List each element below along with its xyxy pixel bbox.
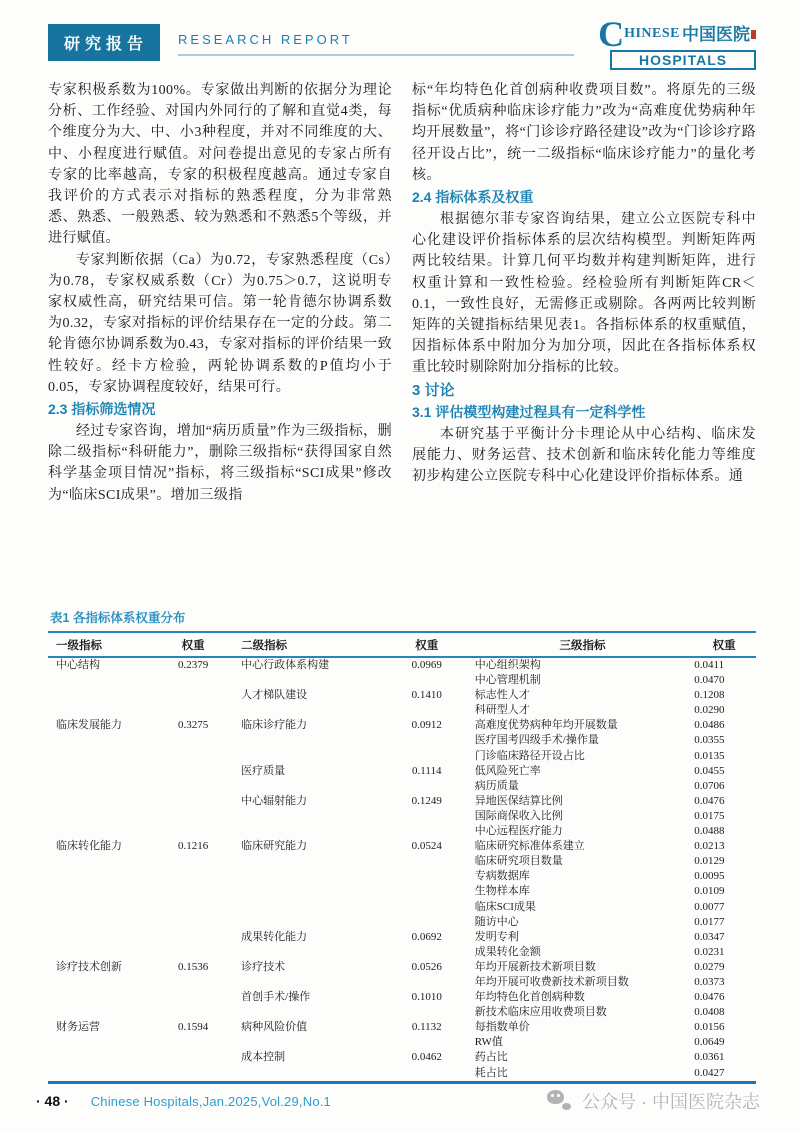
table-cell: 0.1249 [381,794,473,809]
table-cell: 成本控制 [239,1050,381,1065]
table-cell [48,749,147,764]
table-cell [147,1005,239,1020]
table-cell: 低风险死亡率 [473,764,692,779]
table-cell [239,703,381,718]
watermark-text: 公众号 · 中国医院杂志 [582,1088,760,1114]
section-heading-2-3: 2.3 指标筛选情况 [48,399,392,420]
table-cell [48,733,147,748]
table-cell [48,1035,147,1050]
table-row: 临床研究项目数量0.0129 [48,854,756,869]
table-cell [48,794,147,809]
table-cell [147,688,239,703]
table-cell: 人才梯队建设 [239,688,381,703]
table-cell: 0.0231 [692,945,756,960]
journal-logo: C HINESE 中国医院 HOSPITALS [598,20,756,70]
table-cell [239,915,381,930]
table-cell: 0.2379 [147,657,239,673]
table-cell [381,779,473,794]
table-cell [147,1035,239,1050]
table-cell: 成果转化能力 [239,930,381,945]
table-cell: 年均特色化首创病种数 [473,990,692,1005]
table-cell: 0.0476 [692,990,756,1005]
paragraph: 根据德尔菲专家咨询结果，建立公立医院专科中心化建设评价指标体系的层次结构模型。判… [412,209,756,379]
table-row: 诊疗技术创新0.1536诊疗技术0.0526年均开展新技术新项目数0.0279 [48,960,756,975]
table-cell: 科研型人才 [473,703,692,718]
table-cell: 诊疗技术创新 [48,960,147,975]
table-cell: 0.1594 [147,1020,239,1035]
table-cell [381,1005,473,1020]
table-cell [147,794,239,809]
table-cell: 高难度优势病种年均开展数量 [473,718,692,733]
table-cell [147,975,239,990]
table-cell [147,733,239,748]
table-row: RW值0.0649 [48,1035,756,1050]
table-row: 门诊临床路径开设占比0.0135 [48,749,756,764]
right-column: 标“年均特色化首创病种收费项目数”。将原先的三级指标“优质病种临床诊疗能力”改为… [412,80,756,590]
table-cell: 0.0361 [692,1050,756,1065]
table-cell [239,975,381,990]
table-cell [381,824,473,839]
table-cell: 国际商保收入比例 [473,809,692,824]
table-cell: 0.1410 [381,688,473,703]
table-cell [381,809,473,824]
table-cell: 临床诊疗能力 [239,718,381,733]
table-cell: 门诊临床路径开设占比 [473,749,692,764]
table-cell: 临床转化能力 [48,839,147,854]
table-cell: 0.0912 [381,718,473,733]
table-cell: 临床SCI成果 [473,900,692,915]
table-cell: 0.0347 [692,930,756,945]
table-cell [48,884,147,899]
table-cell [48,990,147,1005]
table-cell: 0.0109 [692,884,756,899]
table-cell: 0.0455 [692,764,756,779]
table-cell: 0.1208 [692,688,756,703]
table-row: 科研型人才0.0290 [48,703,756,718]
table-cell [147,915,239,930]
paragraph: 本研究基于平衡计分卡理论从中心结构、临床发展能力、财务运营、技术创新和临床转化能… [412,424,756,488]
logo-hinese-text: HINESE [624,27,680,41]
table-cell: 首创手术/操作 [239,990,381,1005]
table-cell: 年均开展可收费新技术新项目数 [473,975,692,990]
table-cell: 0.0486 [692,718,756,733]
table-cell: 中心结构 [48,657,147,673]
table-cell [381,673,473,688]
table-cell: 临床研究能力 [239,839,381,854]
left-column: 专家积极系数为100%。专家做出判断的依据分为理论分析、工作经验、对国内外同行的… [48,80,392,590]
paragraph: 专家积极系数为100%。专家做出判断的依据分为理论分析、工作经验、对国内外同行的… [48,80,392,250]
table-cell: 耗占比 [473,1066,692,1083]
table-cell: 0.0279 [692,960,756,975]
table-cell: 0.0411 [692,657,756,673]
table-cell: 0.0969 [381,657,473,673]
table-cell [239,1005,381,1020]
section-badge: 研究报告 [48,24,160,61]
table-cell: 中心行政体系构建 [239,657,381,673]
table-cell [381,915,473,930]
table-cell [147,1066,239,1083]
table-row: 财务运营0.1594病种风险价值0.1132每指数单价0.0156 [48,1020,756,1035]
table-row: 中心结构0.2379中心行政体系构建0.0969中心组织架构0.0411 [48,657,756,673]
table-cell: 诊疗技术 [239,960,381,975]
table-header-row: 一级指标权重二级指标权重三级指标权重 [48,632,756,657]
table-cell: 病历质量 [473,779,692,794]
table-cell: RW值 [473,1035,692,1050]
table-cell [48,869,147,884]
table-cell: 0.0526 [381,960,473,975]
logo-top-row: C HINESE 中国医院 [598,20,756,49]
table-cell [48,703,147,718]
table-cell [381,749,473,764]
table-cell: 随访中心 [473,915,692,930]
table-cell [239,749,381,764]
table-cell: 0.0077 [692,900,756,915]
table-cell: 临床研究项目数量 [473,854,692,869]
table-cell: 0.0649 [692,1035,756,1050]
table-row: 临床SCI成果0.0077 [48,900,756,915]
table-row: 人才梯队建设0.1410标志性人才0.1208 [48,688,756,703]
table-cell: 0.0470 [692,673,756,688]
weights-table-section: 表1 各指标体系权重分布 一级指标权重二级指标权重三级指标权重 中心结构0.23… [48,608,756,1084]
table-cell [147,884,239,899]
table-row: 中心管理机制0.0470 [48,673,756,688]
table-cell: 0.0156 [692,1020,756,1035]
table-cell: 0.1114 [381,764,473,779]
table-row: 新技术临床应用收费项目数0.0408 [48,1005,756,1020]
table-cell [147,703,239,718]
table-header-cell: 一级指标 [48,632,147,657]
table-cell [381,703,473,718]
table-cell [48,764,147,779]
table-cell [239,779,381,794]
header-subtitle: RESEARCH REPORT [178,32,353,47]
table-cell [48,1050,147,1065]
table-cell [48,900,147,915]
table-cell [147,779,239,794]
table-header-cell: 权重 [147,632,239,657]
table-title: 表1 各指标体系权重分布 [50,608,756,626]
table-row: 中心远程医疗能力0.0488 [48,824,756,839]
logo-initial: C [598,20,624,49]
table-cell [147,809,239,824]
table-row: 成果转化金额0.0231 [48,945,756,960]
table-cell: 中心组织架构 [473,657,692,673]
wechat-watermark: 公众号 · 中国医院杂志 [547,1088,760,1114]
table-cell [239,673,381,688]
section-heading-3-1: 3.1 评估模型构建过程具有一定科学性 [412,402,756,423]
table-cell [147,990,239,1005]
table-row: 临床发展能力0.3275临床诊疗能力0.0912高难度优势病种年均开展数量0.0… [48,718,756,733]
table-cell [48,824,147,839]
table-cell [147,854,239,869]
table-cell [48,1066,147,1083]
table-row: 国际商保收入比例0.0175 [48,809,756,824]
table-cell: 异地医保结算比例 [473,794,692,809]
table-cell: 医疗国考四级手术/操作量 [473,733,692,748]
table-cell [48,854,147,869]
table-row: 首创手术/操作0.1010年均特色化首创病种数0.0476 [48,990,756,1005]
table-cell: 病种风险价值 [239,1020,381,1035]
table-header-cell: 三级指标 [473,632,692,657]
paragraph: 专家判断依据（Ca）为0.72，专家熟悉程度（Cs）为0.78，专家权威系数（C… [48,250,392,398]
weights-table: 一级指标权重二级指标权重三级指标权重 中心结构0.2379中心行政体系构建0.0… [48,631,756,1084]
table-cell [239,945,381,960]
table-cell [147,749,239,764]
table-cell: 0.0373 [692,975,756,990]
table-cell [239,900,381,915]
table-row: 成本控制0.0462药占比0.0361 [48,1050,756,1065]
table-cell: 0.1132 [381,1020,473,1035]
table-cell: 中心远程医疗能力 [473,824,692,839]
table-cell [381,1035,473,1050]
table-cell [147,930,239,945]
table-cell [381,884,473,899]
table-cell: 0.0290 [692,703,756,718]
article-body: 专家积极系数为100%。专家做出判断的依据分为理论分析、工作经验、对国内外同行的… [48,80,756,590]
table-cell: 药占比 [473,1050,692,1065]
table-cell [239,854,381,869]
table-row: 病历质量0.0706 [48,779,756,794]
table-cell: 0.0692 [381,930,473,945]
table-cell: 成果转化金额 [473,945,692,960]
table-row: 医疗质量0.1114低风险死亡率0.0455 [48,764,756,779]
page-footer: · 48 · Chinese Hospitals,Jan.2025,Vol.29… [36,1088,760,1114]
table-cell: 专病数据库 [473,869,692,884]
table-cell: 0.3275 [147,718,239,733]
table-cell [381,854,473,869]
table-cell: 0.0462 [381,1050,473,1065]
table-cell [147,1050,239,1065]
page-number: · 48 · [36,1093,69,1109]
table-cell [48,915,147,930]
table-cell: 0.0175 [692,809,756,824]
table-cell [48,945,147,960]
table-row: 医疗国考四级手术/操作量0.0355 [48,733,756,748]
table-row: 专病数据库0.0095 [48,869,756,884]
table-cell: 0.0095 [692,869,756,884]
table-cell: 每指数单价 [473,1020,692,1035]
table-cell: 0.0213 [692,839,756,854]
paragraph: 标“年均特色化首创病种收费项目数”。将原先的三级指标“优质病种临床诊疗能力”改为… [412,80,756,186]
table-cell [239,824,381,839]
table-cell: 0.0524 [381,839,473,854]
table-cell: 0.1536 [147,960,239,975]
logo-hospitals-text: HOSPITALS [610,50,756,70]
table-cell [48,779,147,794]
table-cell [48,1005,147,1020]
table-row: 临床转化能力0.1216临床研究能力0.0524临床研究标准体系建立0.0213 [48,839,756,854]
table-cell [381,945,473,960]
journal-citation: Chinese Hospitals,Jan.2025,Vol.29,No.1 [91,1094,331,1109]
header-rule: RESEARCH REPORT [178,24,574,56]
table-cell [147,945,239,960]
wechat-icon [547,1090,573,1112]
table-cell [239,1035,381,1050]
table-header-cell: 权重 [381,632,473,657]
table-cell [147,824,239,839]
table-cell: 0.0135 [692,749,756,764]
table-cell [48,673,147,688]
table-header-cell: 权重 [692,632,756,657]
table-cell: 中心管理机制 [473,673,692,688]
table-body: 中心结构0.2379中心行政体系构建0.0969中心组织架构0.0411中心管理… [48,657,756,1082]
table-cell: 医疗质量 [239,764,381,779]
table-head: 一级指标权重二级指标权重三级指标权重 [48,632,756,657]
table-cell [381,869,473,884]
page-header: 研究报告 RESEARCH REPORT C HINESE 中国医院 HOSPI… [48,24,756,66]
table-cell: 0.0488 [692,824,756,839]
table-cell [239,884,381,899]
logo-seal-icon [751,30,756,39]
table-cell [381,733,473,748]
section-heading-3: 3 讨论 [412,380,756,401]
table-cell [381,900,473,915]
table-cell: 中心辐射能力 [239,794,381,809]
journal-page: 研究报告 RESEARCH REPORT C HINESE 中国医院 HOSPI… [0,0,800,1131]
logo-chinese-name: 中国医院 [682,26,750,43]
table-cell [147,900,239,915]
table-row: 随访中心0.0177 [48,915,756,930]
table-cell: 0.0427 [692,1066,756,1083]
table-cell: 临床发展能力 [48,718,147,733]
table-cell: 0.0177 [692,915,756,930]
table-row: 年均开展可收费新技术新项目数0.0373 [48,975,756,990]
table-cell: 新技术临床应用收费项目数 [473,1005,692,1020]
table-cell: 0.0408 [692,1005,756,1020]
table-cell [147,673,239,688]
table-row: 中心辐射能力0.1249异地医保结算比例0.0476 [48,794,756,809]
table-cell: 标志性人才 [473,688,692,703]
table-cell: 0.0476 [692,794,756,809]
table-row: 耗占比0.0427 [48,1066,756,1083]
table-cell: 0.1010 [381,990,473,1005]
table-cell: 年均开展新技术新项目数 [473,960,692,975]
table-cell [381,1066,473,1083]
table-cell [239,869,381,884]
table-header-cell: 二级指标 [239,632,381,657]
table-cell [239,733,381,748]
table-cell: 财务运营 [48,1020,147,1035]
table-cell: 0.0706 [692,779,756,794]
table-cell: 0.1216 [147,839,239,854]
table-row: 成果转化能力0.0692发明专利0.0347 [48,930,756,945]
section-heading-2-4: 2.4 指标体系及权重 [412,187,756,208]
table-cell [381,975,473,990]
table-cell [48,975,147,990]
table-cell: 生物样本库 [473,884,692,899]
table-cell: 临床研究标准体系建立 [473,839,692,854]
table-cell: 0.0129 [692,854,756,869]
table-cell [48,809,147,824]
table-row: 生物样本库0.0109 [48,884,756,899]
table-cell [147,869,239,884]
table-cell [48,688,147,703]
table-cell: 0.0355 [692,733,756,748]
table-cell [239,1066,381,1083]
table-cell [239,809,381,824]
table-cell [147,764,239,779]
table-cell: 发明专利 [473,930,692,945]
paragraph: 经过专家咨询，增加“病历质量”作为三级指标，删除二级指标“科研能力”，删除三级指… [48,421,392,506]
table-cell [48,930,147,945]
